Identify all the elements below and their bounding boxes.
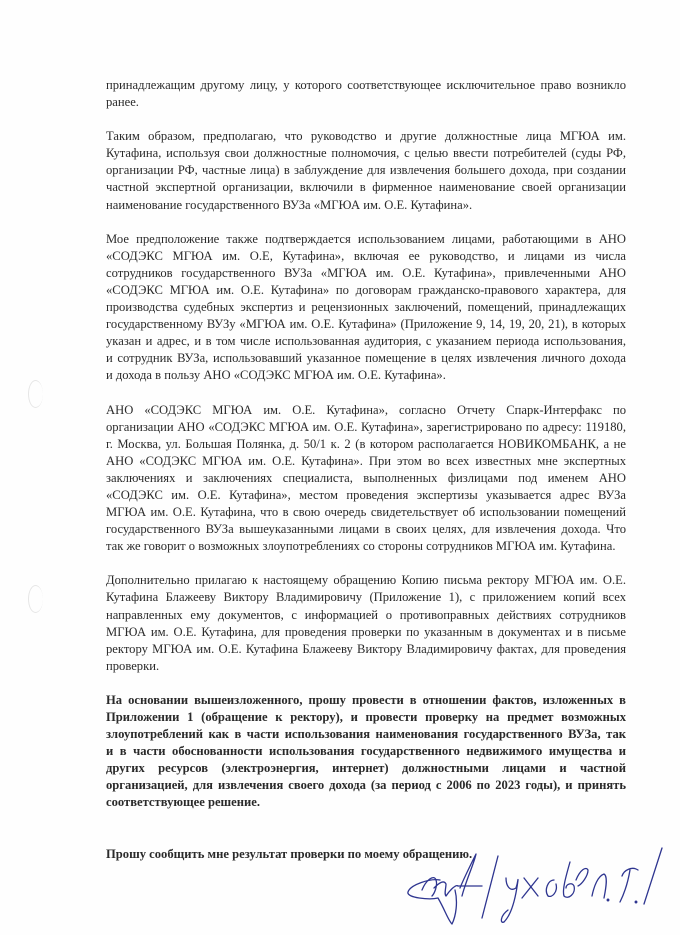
text-line: «СОДЭКС им. О.Е. Кутафина», местом прове… [106,487,626,504]
text-line: соответствующее решение. [106,794,626,811]
text-line: Дополнительно прилагаю к настоящему обра… [106,572,626,589]
text-line: государственному ВУЗу «МГЮА им. О.Е. Кут… [106,316,626,333]
text-line: организации АНО «СОДЭКС МГЮА им. О.Е. Ку… [106,419,626,436]
text-line: злоупотреблений как в части использовани… [106,726,626,743]
text-line: так же говорит о возможных злоупотреблен… [106,538,626,555]
text-line: Мое предположение также подтверждается и… [106,231,626,248]
text-line: сотрудников государственного ВУЗа «МГЮА … [106,265,626,282]
text-line: Кутафина, используя свои должностные пол… [106,145,626,162]
handwritten-signature [400,840,680,935]
text-line: и сотрудник ВУЗа, использовавший указанн… [106,350,626,367]
text-line: государственного ВУЗа вышеуказанными лиц… [106,521,626,538]
text-line: направленных ему документов, с информаци… [106,607,626,624]
text-line: проверки. [106,658,626,675]
text-line: частной экспертной организации, включили… [106,179,626,196]
letter-body: принадлежащим другому лицу, у которого с… [106,77,626,880]
text-line: ранее. [106,94,626,111]
text-line: МГЮА им. О.Е. Кутафина, для проведения п… [106,624,626,641]
text-line: других ресурсов (электроэнергия, интерне… [106,760,626,777]
scan-artifact [28,380,43,408]
text-line: На основании вышеизложенного, прошу пров… [106,692,626,709]
text-line: Кутафина Блажееву Виктору Владимировичу … [106,589,626,606]
text-line: АНО «СОДЭКС МГЮА им. О.Е. Кутафина», сог… [106,402,626,419]
text-line: производства судебных экспертиз и реценз… [106,299,626,316]
text-line: ректору МГЮА им. О.Е. Кутафина Блажееву … [106,641,626,658]
text-line: Таким образом, предполагаю, что руководс… [106,128,626,145]
text-line: Приложении 1 (обращение к ректору), и пр… [106,709,626,726]
text-line: указан и адрес, и в том числе использова… [106,333,626,350]
text-line: и дохода в пользу АНО «СОДЭКС МГЮА им. О… [106,367,626,384]
paragraph-request: На основании вышеизложенного, прошу пров… [106,692,626,812]
scan-artifact [28,585,43,613]
text-line: заключениях и заключениях специалиста, в… [106,470,626,487]
text-line: наименование государственного ВУЗа «МГЮА… [106,197,626,214]
text-line: АНО «СОДЭКС МГЮА им. О.Е. Кутафина». При… [106,453,626,470]
text-line: организации РФ, частные лица) в заблужде… [106,162,626,179]
paragraph-attachment: Дополнительно прилагаю к настоящему обра… [106,572,626,675]
paragraph-registration: АНО «СОДЭКС МГЮА им. О.Е. Кутафина», сог… [106,402,626,556]
text-line: МГЮА им. О.Е. Кутафина, что в свою очере… [106,504,626,521]
paragraph-continuation: принадлежащим другому лицу, у которого с… [106,77,626,111]
text-line: принадлежащим другому лицу, у которого с… [106,77,626,94]
text-line: «СОДЭКС МГЮА им. О.Е, Кутафина», включая… [106,248,626,265]
text-line: г. Москва, ул. Большая Полянка, д. 50/1 … [106,436,626,453]
text-line: «СОДЭКС МГЮА им. О.Е. Кутафина» по догов… [106,282,626,299]
text-line: организацией, для извлечения своего дохо… [106,777,626,794]
paragraph-assumption: Таким образом, предполагаю, что руководс… [106,128,626,213]
text-line: и в части обоснованности использования г… [106,743,626,760]
document-page: принадлежащим другому лицу, у которого с… [0,0,680,935]
paragraph-confirmation: Мое предположение также подтверждается и… [106,231,626,385]
